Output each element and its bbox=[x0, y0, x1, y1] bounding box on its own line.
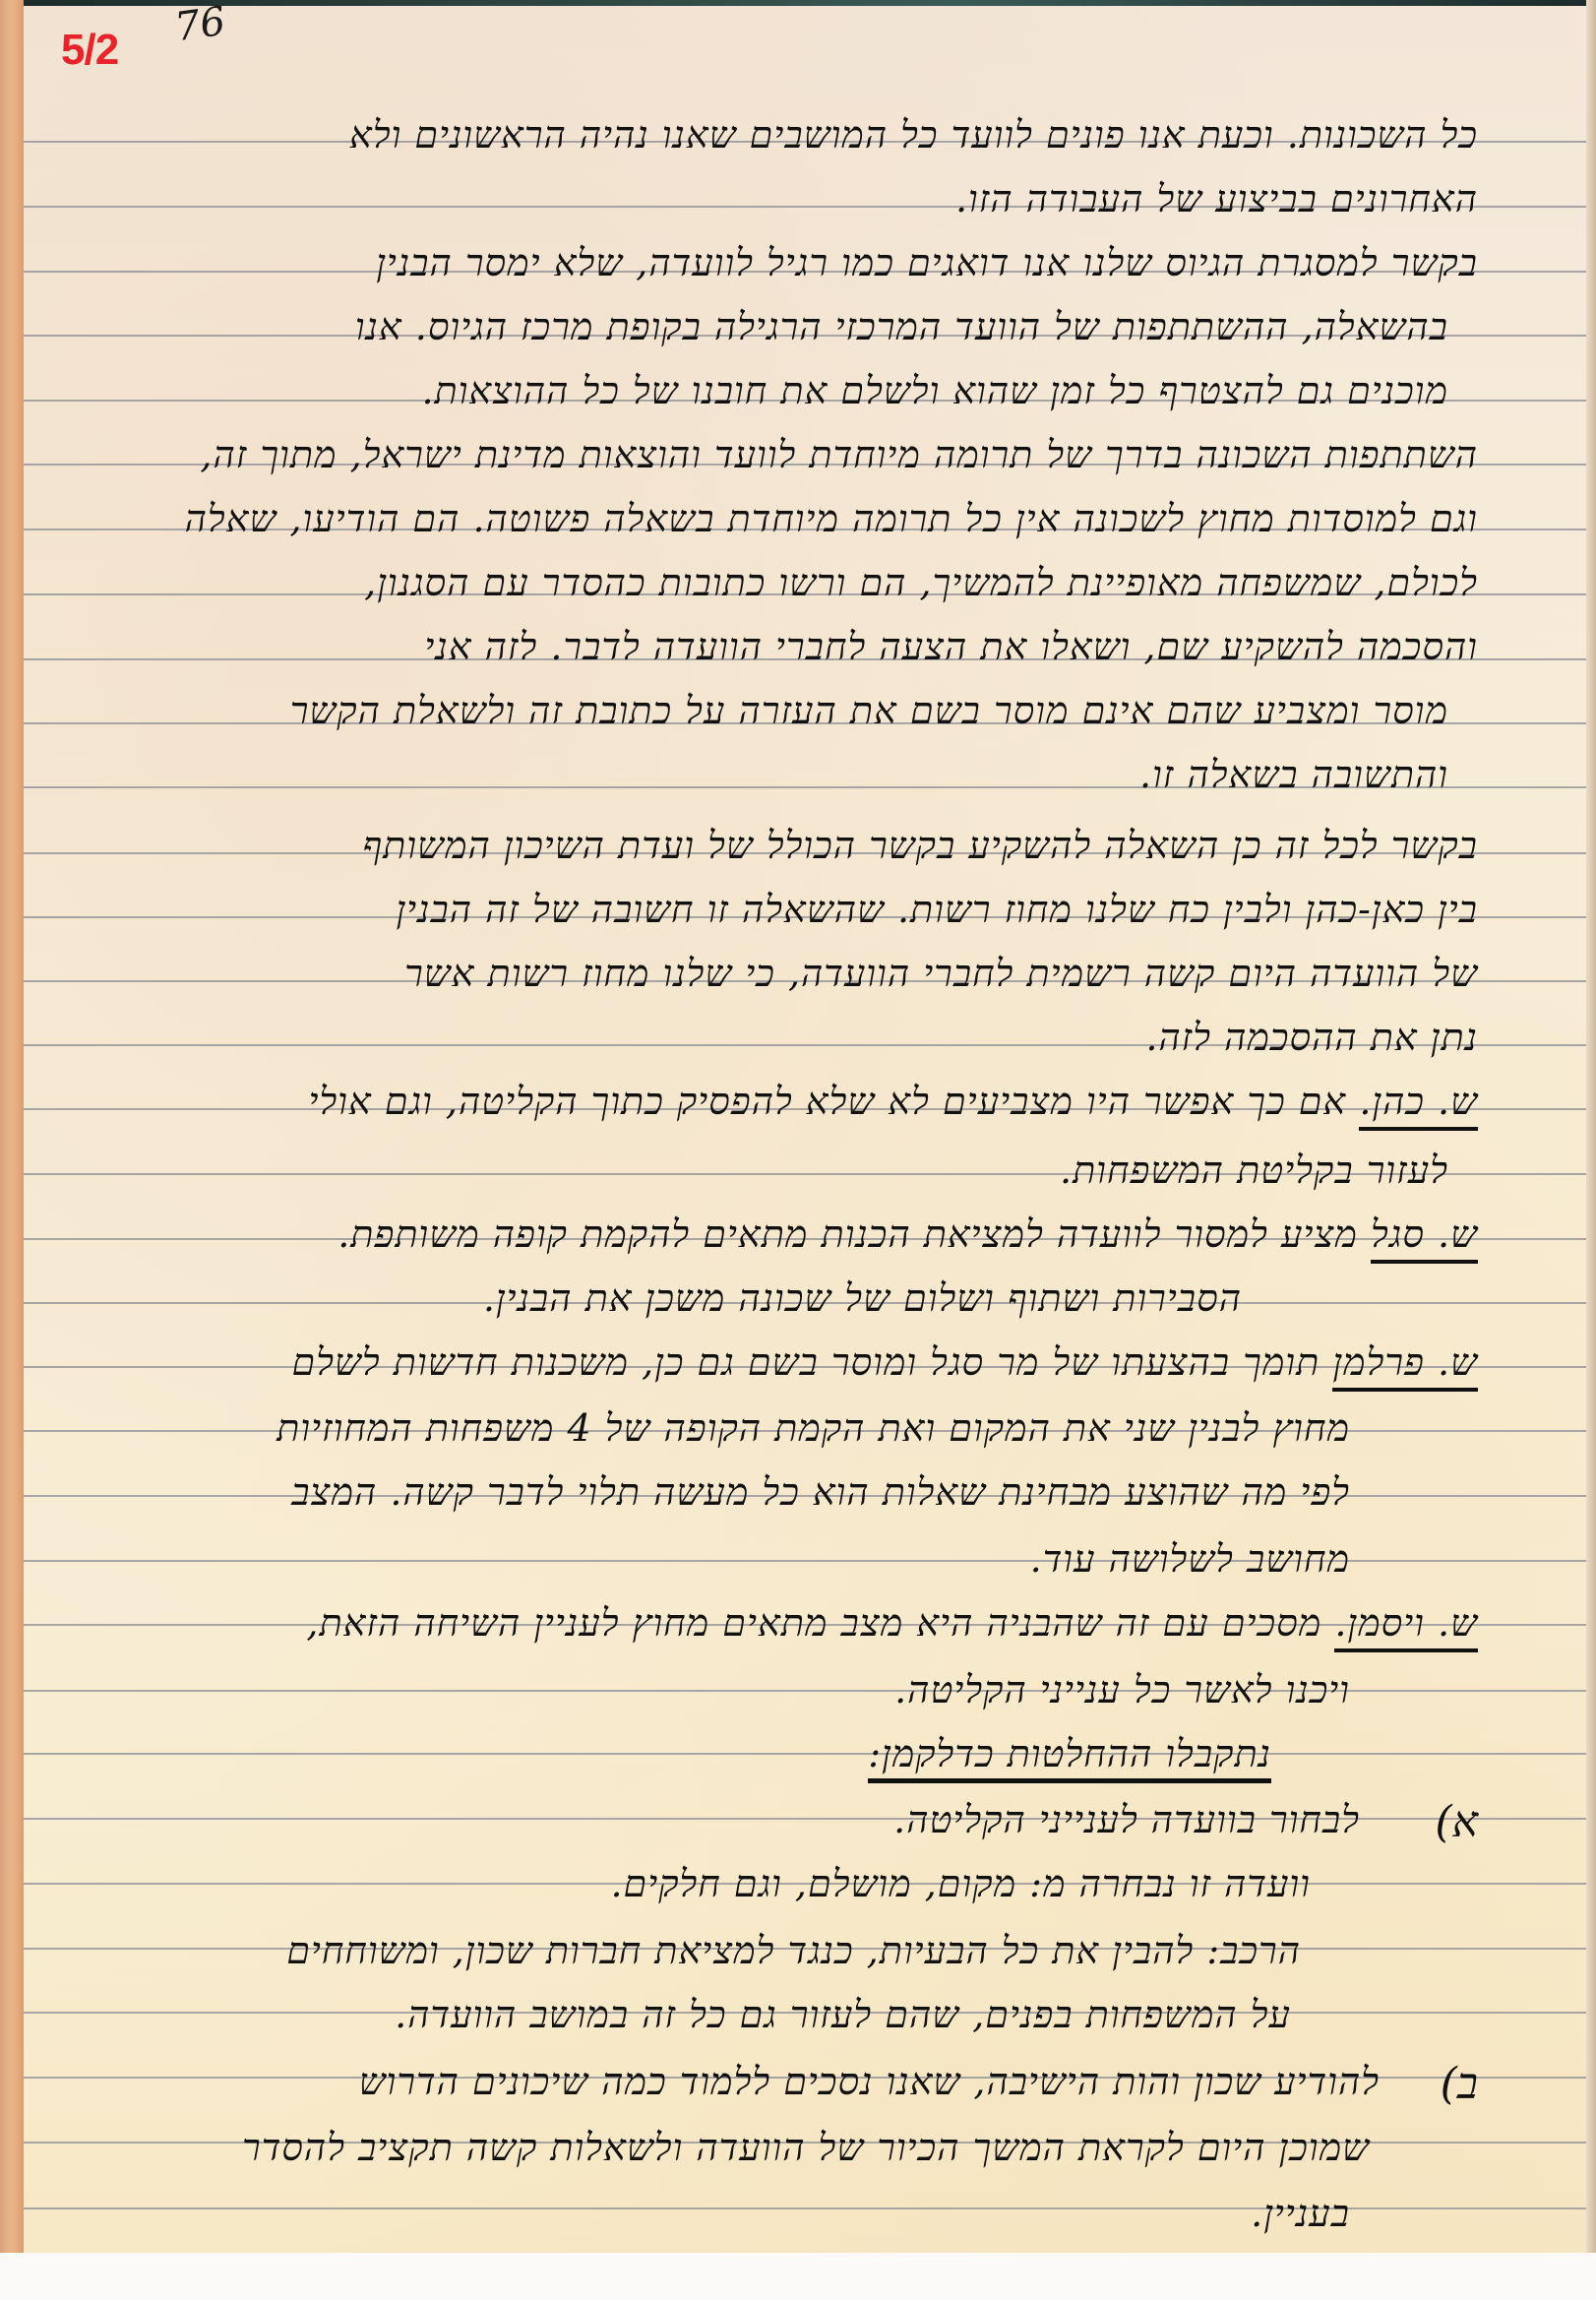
handwritten-line: כל השכונות. וכעת אנו פונים לוועד כל המוש… bbox=[349, 116, 1478, 154]
scan-bottom-margin bbox=[0, 2253, 1596, 2300]
speaker-text: אם כך אפשר היו מצביעים לא שלא להפסיק כתו… bbox=[309, 1080, 1347, 1123]
speaker-line: הסבירות ושתוף ושלום של שכונה משכן את הבנ… bbox=[483, 1279, 1242, 1317]
decision-line: על המשפחות בפנים, שהם לעזור גם כל זה במו… bbox=[395, 1996, 1291, 2033]
handwritten-line: מוסר ומצביע שהם אינם מוסר בשם את העזרה ע… bbox=[290, 692, 1448, 729]
speaker-line: לעזור בקליטת המשפחות. bbox=[1060, 1151, 1448, 1189]
speaker-line: ש. סגל מציע למסור לוועדה למציאת הכנות מת… bbox=[338, 1215, 1478, 1253]
page-right-edge bbox=[1586, 0, 1596, 2300]
speaker-line: מחושב לשלושה עוד. bbox=[1030, 1540, 1350, 1578]
speaker-name: ש. ויסמן. bbox=[1334, 1601, 1478, 1652]
handwritten-line: השתתפות השכונה בדרך של תרומה מיוחדת לווע… bbox=[200, 436, 1478, 473]
decision-item-number: ב) bbox=[1441, 2059, 1478, 2109]
rule-line bbox=[24, 1690, 1586, 1692]
speaker-line: ש. פרלמן תומך בהצעתו של מר סגל ומוסר בשם… bbox=[292, 1343, 1478, 1381]
speaker-text: מחושב לשלושה עוד. bbox=[1030, 1537, 1350, 1581]
speaker-text: תומך בהצעתו של מר סגל ומוסר בשם גם כן, מ… bbox=[292, 1340, 1320, 1384]
speaker-line: ש. כהן. אם כך אפשר היו מצביעים לא שלא לה… bbox=[309, 1083, 1478, 1120]
decision-item-number: א) bbox=[1435, 1797, 1478, 1847]
speaker-text: ויכנו לאשר כל ענייני הקליטה. bbox=[894, 1668, 1350, 1711]
speaker-text: מסכים עם זה שהבניה היא מצב מתאים מחוץ לע… bbox=[306, 1601, 1321, 1645]
decisions-heading: נתקבלו ההחלטות כדלקמן: bbox=[868, 1735, 1271, 1783]
speaker-line: ש. ויסמן. מסכים עם זה שהבניה היא מצב מתא… bbox=[306, 1604, 1478, 1642]
scan-top-edge bbox=[0, 0, 1596, 6]
speaker-name: ש. סגל bbox=[1371, 1212, 1478, 1264]
speaker-text: לעזור בקליטת המשפחות. bbox=[1060, 1149, 1448, 1192]
decision-line: וועדה זו נבחרה מ: מקום, מושלם, וגם חלקים… bbox=[610, 1865, 1311, 1902]
speaker-line: מחוץ לבנין שני את המקום ואת הקמת הקופה ש… bbox=[276, 1409, 1350, 1447]
handwritten-line: בקשר לכל זה כן השאלה להשקיע בקשר הכולל ש… bbox=[362, 827, 1478, 864]
decision-line: להודיע שכון והות הישיבה, שאנו נסכים ללמו… bbox=[359, 2063, 1380, 2100]
notebook-binding-edge bbox=[0, 0, 24, 2300]
speaker-name: ש. פרלמן bbox=[1332, 1340, 1478, 1392]
handwritten-line: לכולם, שמשפחה מאופיינת להמשיך, הם ורשו כ… bbox=[364, 564, 1478, 601]
speaker-text: מציע למסור לוועדה למציאת הכנות מתאים להק… bbox=[338, 1212, 1358, 1256]
handwritten-line: וגם למוסדות מחוץ לשכונה אין כל תרומה מיו… bbox=[185, 500, 1478, 537]
handwritten-line: מוכנים גם להצטרף כל זמן שהוא ולשלם את חו… bbox=[421, 372, 1448, 409]
speaker-line: לפי מה שהוצע מבחינת שאלות הוא כל מעשה תל… bbox=[291, 1473, 1350, 1511]
decision-line: הרכב: להבין את כל הבעיות, כנגד למציאת חב… bbox=[286, 1932, 1301, 1969]
decision-line: שמוכן היום לקראת המשך הכיור של הוועדה ול… bbox=[242, 2129, 1370, 2166]
page-label-red: 5/2 bbox=[61, 26, 118, 75]
handwritten-line: של הוועדה היום קשה רשמית לחברי הוועדה, כ… bbox=[404, 955, 1478, 992]
rule-line bbox=[24, 2207, 1586, 2209]
handwritten-page-number: 76 bbox=[172, 0, 228, 50]
speaker-text: לפי מה שהוצע מבחינת שאלות הוא כל מעשה תל… bbox=[291, 1470, 1350, 1514]
decision-line: בעניין. bbox=[1251, 2195, 1350, 2232]
notebook-page: 5/2 76 כל השכונות. וכעת אנו פונים לוועד … bbox=[0, 0, 1596, 2300]
handwritten-line: והסכמה להשקיע שם, ושאלו את הצעה לחברי הו… bbox=[424, 628, 1478, 665]
handwritten-line: האחרונים בביצוע של העבודה הזו. bbox=[955, 180, 1478, 218]
handwritten-line: בהשאלה, ההשתתפות של הוועד המרכזי הרגילה … bbox=[355, 308, 1448, 345]
handwritten-line: נתן את ההסכמה לזה. bbox=[1145, 1019, 1478, 1056]
speaker-line: ויכנו לאשר כל ענייני הקליטה. bbox=[894, 1671, 1350, 1709]
speaker-text: הסבירות ושתוף ושלום של שכונה משכן את הבנ… bbox=[483, 1276, 1242, 1320]
handwritten-line: בקשר למסגרת הגיוס שלנו אנו דואגים כמו רג… bbox=[376, 244, 1478, 281]
handwritten-line: והתשובה בשאלה זו. bbox=[1139, 756, 1448, 793]
rule-line bbox=[24, 1753, 1586, 1755]
speaker-text: מחוץ לבנין שני את המקום ואת הקמת הקופה ש… bbox=[276, 1406, 1350, 1450]
speaker-name: ש. כהן. bbox=[1359, 1080, 1478, 1131]
rule-line bbox=[24, 1560, 1586, 1562]
handwritten-line: בין כאן-כהן ולבין כח שלנו מחוז רשות. שהש… bbox=[396, 891, 1478, 928]
decision-line: לבחור בוועדה לענייני הקליטה. bbox=[893, 1801, 1360, 1838]
